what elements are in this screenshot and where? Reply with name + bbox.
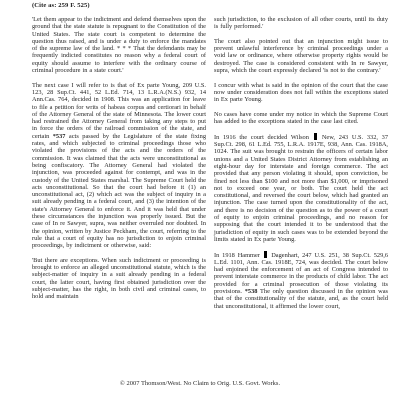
left-column: 'Let them appear to the indictment and d… [32,16,206,310]
paragraph: No cases have come under my notice in wh… [214,111,388,126]
star-page-number: *537 [53,133,66,140]
citation-header: (Cite as: 259 F. 525) [32,2,90,9]
paragraph: 'But there are exceptions. When such ind… [32,257,206,301]
paragraph: I concur with what is said in the opinio… [214,82,388,104]
paragraph: such jurisdiction, to the exclusion of a… [214,16,388,31]
right-column: such jurisdiction, to the exclusion of a… [214,16,388,310]
paragraph: In 1916 the court decided Wilson New, 24… [214,133,388,243]
star-page-number: *538 [245,288,258,295]
copyright-footer: © 2007 Thomson/West. No Claim to Orig. U… [0,380,400,387]
black-box-glyph [264,251,267,258]
black-box-glyph [314,133,317,140]
paragraph: The next case I will refer to is that of… [32,82,206,250]
two-column-text-body: 'Let them appear to the indictment and d… [32,16,388,310]
legal-document-page: (Cite as: 259 F. 525) 'Let them appear t… [0,0,400,400]
paragraph: In 1918 Hammer Dagenhart, 247 U.S. 251, … [214,251,388,310]
paragraph: 'Let them appear to the indictment and d… [32,16,206,74]
paragraph: The court also pointed out that an injun… [214,38,388,74]
